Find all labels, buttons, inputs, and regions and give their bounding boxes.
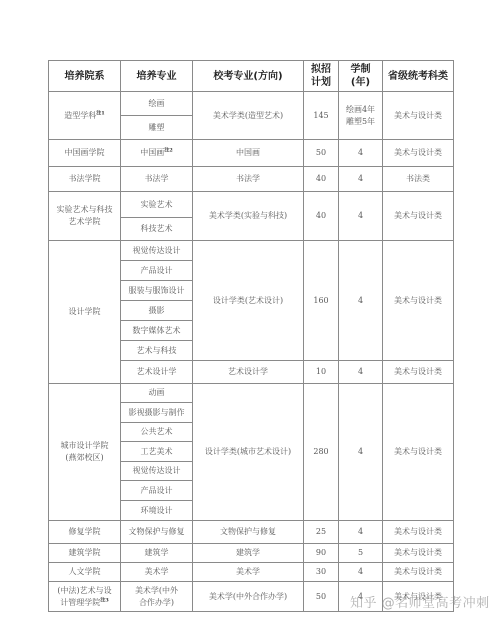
major-cell: 美术学 xyxy=(121,563,193,582)
years-cell: 4 xyxy=(339,241,383,361)
major-cell: 动画 xyxy=(121,384,193,403)
major-cell: 数字媒体艺术 xyxy=(121,321,193,341)
major-cell: 建筑学 xyxy=(121,544,193,563)
table-row: 建筑学院 建筑学 建筑学 90 5 美术与设计类 xyxy=(49,544,454,563)
department-cell: (中法)艺术与设计管理学院注3 xyxy=(49,582,121,612)
major-cell: 摄影 xyxy=(121,301,193,321)
major-cell: 产品设计 xyxy=(121,261,193,281)
exam-major-cell: 美术学 xyxy=(193,563,304,582)
table-row: 中国画学院 中国画注2 中国画 50 4 美术与设计类 xyxy=(49,140,454,167)
major-cell: 影视摄影与制作 xyxy=(121,403,193,423)
category-cell: 美术与设计类 xyxy=(383,361,454,384)
major-cell: 艺术与科技 xyxy=(121,341,193,361)
years-cell: 4 xyxy=(339,140,383,167)
major-cell: 产品设计 xyxy=(121,481,193,501)
exam-major-cell: 书法学 xyxy=(193,167,304,192)
major-cell: 环境设计 xyxy=(121,501,193,521)
major-cell: 实验艺术 xyxy=(121,192,193,218)
admissions-plan-table: 培养院系 培养专业 校考专业(方向) 拟招计划 学制(年) 省级统考科类 造型学… xyxy=(48,60,454,612)
years-cell: 4 xyxy=(339,521,383,544)
exam-major-cell: 设计学类(城市艺术设计) xyxy=(193,384,304,521)
major-cell: 雕塑 xyxy=(121,116,193,140)
major-cell: 工艺美术 xyxy=(121,442,193,462)
exam-major-cell: 文物保护与修复 xyxy=(193,521,304,544)
plan-cell: 90 xyxy=(304,544,339,563)
years-cell: 绘画4年雕塑5年 xyxy=(339,92,383,140)
table-row: 书法学院 书法学 书法学 40 4 书法类 xyxy=(49,167,454,192)
header-department: 培养院系 xyxy=(49,61,121,92)
department-cell: 人文学院 xyxy=(49,563,121,582)
watermark: 知乎 @名师堂高考冲刺 xyxy=(350,592,490,611)
major-cell: 文物保护与修复 xyxy=(121,521,193,544)
plan-cell: 10 xyxy=(304,361,339,384)
department-cell: 中国画学院 xyxy=(49,140,121,167)
table-row: 造型学科注1 绘画 美术学类(造型艺术) 145 绘画4年雕塑5年 美术与设计类 xyxy=(49,92,454,116)
category-cell: 美术与设计类 xyxy=(383,241,454,361)
category-cell: 美术与设计类 xyxy=(383,192,454,241)
exam-major-cell: 美术学(中外合作办学) xyxy=(193,582,304,612)
category-cell: 书法类 xyxy=(383,167,454,192)
department-cell: 建筑学院 xyxy=(49,544,121,563)
major-cell: 视觉传达设计 xyxy=(121,462,193,481)
department-cell: 实验艺术与科技艺术学院 xyxy=(49,192,121,241)
exam-major-cell: 中国画 xyxy=(193,140,304,167)
years-cell: 4 xyxy=(339,167,383,192)
years-cell: 4 xyxy=(339,384,383,521)
major-cell: 中国画注2 xyxy=(121,140,193,167)
header-years: 学制(年) xyxy=(339,61,383,92)
years-cell: 4 xyxy=(339,361,383,384)
years-cell: 5 xyxy=(339,544,383,563)
plan-cell: 25 xyxy=(304,521,339,544)
category-cell: 美术与设计类 xyxy=(383,140,454,167)
table-row: 实验艺术与科技艺术学院 实验艺术 美术学类(实验与科技) 40 4 美术与设计类 xyxy=(49,192,454,218)
category-cell: 美术与设计类 xyxy=(383,563,454,582)
plan-cell: 50 xyxy=(304,582,339,612)
major-cell: 美术学(中外合作办学) xyxy=(121,582,193,612)
header-category: 省级统考科类 xyxy=(383,61,454,92)
table-row: 设计学院 视觉传达设计 设计学类(艺术设计) 160 4 美术与设计类 xyxy=(49,241,454,261)
plan-cell: 50 xyxy=(304,140,339,167)
plan-cell: 145 xyxy=(304,92,339,140)
header-plan: 拟招计划 xyxy=(304,61,339,92)
exam-major-cell: 美术学类(造型艺术) xyxy=(193,92,304,140)
plan-cell: 40 xyxy=(304,192,339,241)
exam-major-cell: 美术学类(实验与科技) xyxy=(193,192,304,241)
category-cell: 美术与设计类 xyxy=(383,384,454,521)
plan-cell: 40 xyxy=(304,167,339,192)
plan-cell: 280 xyxy=(304,384,339,521)
years-cell: 4 xyxy=(339,192,383,241)
table-row: 人文学院 美术学 美术学 30 4 美术与设计类 xyxy=(49,563,454,582)
major-cell: 服装与服饰设计 xyxy=(121,281,193,301)
major-cell: 书法学 xyxy=(121,167,193,192)
category-cell: 美术与设计类 xyxy=(383,92,454,140)
exam-major-cell: 建筑学 xyxy=(193,544,304,563)
department-cell: 书法学院 xyxy=(49,167,121,192)
exam-major-cell: 艺术设计学 xyxy=(193,361,304,384)
major-cell: 视觉传达设计 xyxy=(121,241,193,261)
department-cell: 设计学院 xyxy=(49,241,121,384)
exam-major-cell: 设计学类(艺术设计) xyxy=(193,241,304,361)
years-cell: 4 xyxy=(339,563,383,582)
major-cell: 公共艺术 xyxy=(121,423,193,442)
department-cell: 修复学院 xyxy=(49,521,121,544)
major-cell: 科技艺术 xyxy=(121,218,193,241)
header-exam-major: 校考专业(方向) xyxy=(193,61,304,92)
category-cell: 美术与设计类 xyxy=(383,544,454,563)
table-header-row: 培养院系 培养专业 校考专业(方向) 拟招计划 学制(年) 省级统考科类 xyxy=(49,61,454,92)
department-cell: 城市设计学院(燕郊校区) xyxy=(49,384,121,521)
department-cell: 造型学科注1 xyxy=(49,92,121,140)
table-row: 城市设计学院(燕郊校区) 动画 设计学类(城市艺术设计) 280 4 美术与设计… xyxy=(49,384,454,403)
plan-cell: 160 xyxy=(304,241,339,361)
category-cell: 美术与设计类 xyxy=(383,521,454,544)
table-row: 修复学院 文物保护与修复 文物保护与修复 25 4 美术与设计类 xyxy=(49,521,454,544)
major-cell: 绘画 xyxy=(121,92,193,116)
major-cell: 艺术设计学 xyxy=(121,361,193,384)
header-major: 培养专业 xyxy=(121,61,193,92)
plan-cell: 30 xyxy=(304,563,339,582)
